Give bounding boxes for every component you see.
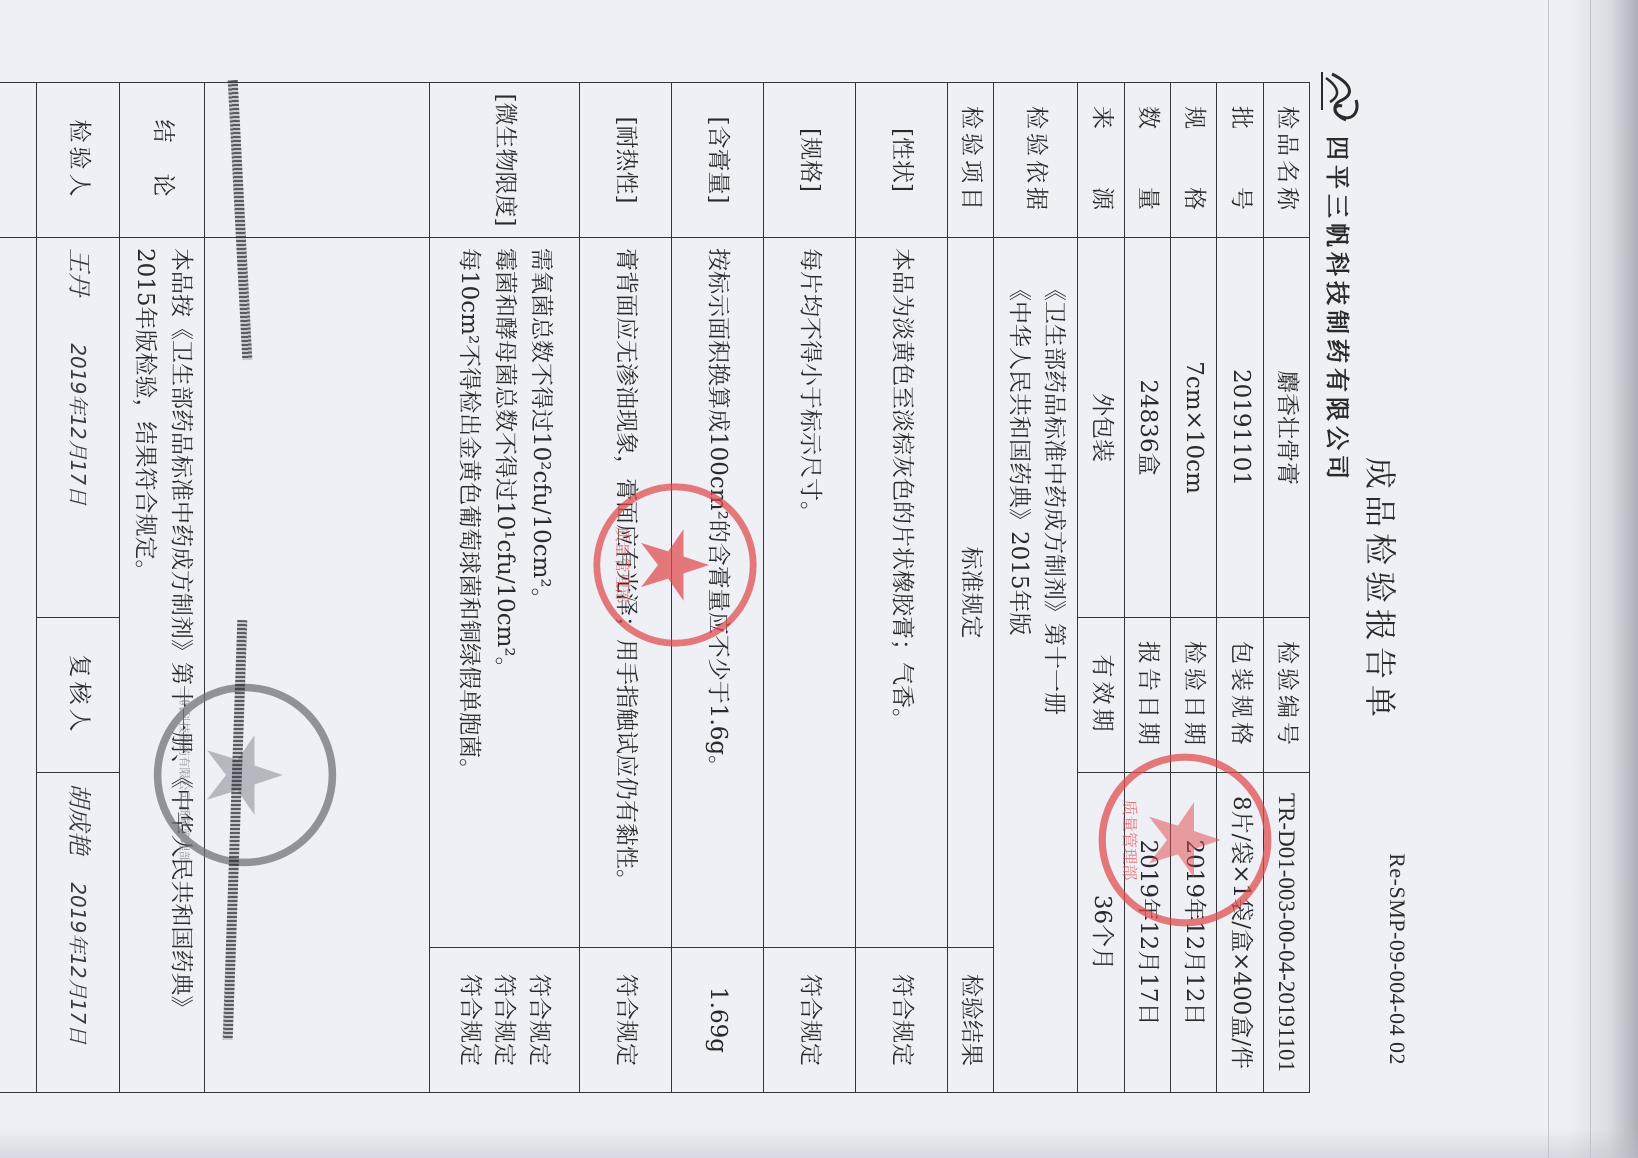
scan-artifact bbox=[1548, 0, 1549, 1158]
header-test-item: 检验项目 bbox=[947, 83, 993, 238]
result-line: 符合规定 bbox=[487, 958, 522, 1082]
quantity-label: 数 量 bbox=[1124, 83, 1170, 238]
batch-label: 批 号 bbox=[1217, 83, 1263, 238]
test-row: [微生物限度] 需氧菌总数不得过10²cfu/10cm²。 霉菌和酵母菌总数不得… bbox=[429, 83, 579, 1093]
standard-line: 膏背面应无渗油现象，膏面应有光泽；用手指触试应仍有黏性。 bbox=[607, 248, 643, 937]
result-line: 符合规定 bbox=[452, 958, 487, 1082]
validity-label: 有效期 bbox=[1078, 618, 1124, 773]
test-result: 1.69g bbox=[671, 948, 763, 1093]
source-label: 来 源 bbox=[1078, 83, 1124, 238]
qc-signature: 孙胜利 2019年12月17日 bbox=[0, 238, 37, 1093]
company-name: 四平三帆科技制药有限公司 bbox=[1323, 136, 1358, 484]
company-logo-icon bbox=[1318, 70, 1362, 126]
inspection-no-label: 检验编号 bbox=[1263, 618, 1309, 773]
row-conclusion: 结 论 本品按《卫生部药品标准中药成方制剂》第十一册、《中华人民共和国药典》 2… bbox=[120, 83, 204, 1093]
inspection-table: 检品名称 麝香壮骨膏 检验编号 TR-D01-003-00-04-2019110… bbox=[0, 82, 1310, 1093]
conclusion-label: 结 论 bbox=[120, 83, 204, 238]
row-qc: QC主管 孙胜利 2019年12月17日 bbox=[0, 83, 37, 1093]
reviewer-name: 胡成艳 bbox=[65, 783, 93, 855]
test-row: [性状] 本品为淡黄色至淡棕灰色的片状橡胶膏；气香。 符合规定 bbox=[855, 83, 947, 1093]
basis-line: 《中华人民共和国药典》2015年版 bbox=[1000, 278, 1036, 1082]
qc-label: QC主管 bbox=[0, 83, 37, 238]
inspector-label: 检验人 bbox=[37, 83, 120, 238]
test-result: 符合规定 符合规定 符合规定 bbox=[429, 948, 579, 1093]
report-title: 成品检验报告单 bbox=[1359, 60, 1405, 1120]
result-line: 符合规定 bbox=[521, 958, 556, 1082]
test-result: 符合规定 bbox=[855, 948, 947, 1093]
basis-value: 《卫生部药品标准中药成方制剂》第十一册 《中华人民共和国药典》2015年版 bbox=[994, 238, 1078, 1093]
inspector-name: 王丹 bbox=[65, 248, 93, 296]
company-header: 四平三帆科技制药有限公司 bbox=[1318, 70, 1362, 484]
row-blank bbox=[204, 83, 429, 1093]
report-date-value: 2019年12月17日 bbox=[1124, 773, 1170, 1093]
package-spec-value: 8片/袋×1袋/盒×400盒/件 bbox=[1217, 773, 1263, 1093]
spec-value: 7cm×10cm bbox=[1170, 238, 1216, 618]
standard-line: 按标示面积换算成100cm²的含膏量应不少于1.6g。 bbox=[699, 248, 735, 937]
header-result: 检验结果 bbox=[947, 948, 993, 1093]
row-spec: 规 格 7cm×10cm 检验日期 2019年12月12日 bbox=[1170, 83, 1216, 1093]
standard-line: 每片均不得小于标示尺寸。 bbox=[791, 248, 827, 937]
product-name-label: 检品名称 bbox=[1263, 83, 1309, 238]
basis-line: 《卫生部药品标准中药成方制剂》第十一册 bbox=[1036, 278, 1072, 1082]
row-product-name: 检品名称 麝香壮骨膏 检验编号 TR-D01-003-00-04-2019110… bbox=[1263, 83, 1309, 1093]
test-standard: 按标示面积换算成100cm²的含膏量应不少于1.6g。 bbox=[671, 238, 763, 948]
row-batch: 批 号 20191101 包装规格 8片/袋×1袋/盒×400盒/件 bbox=[1217, 83, 1263, 1093]
validity-value: 36个月 bbox=[1078, 773, 1124, 1093]
standard-line: 霉菌和酵母菌总数不得过10¹cfu/10cm²。 bbox=[486, 248, 522, 937]
test-row: [含膏量] 按标示面积换算成100cm²的含膏量应不少于1.6g。 1.69g bbox=[671, 83, 763, 1093]
spec-label: 规 格 bbox=[1170, 83, 1216, 238]
scan-shadow-right bbox=[1568, 0, 1638, 1158]
blank-cell bbox=[204, 83, 429, 238]
reviewer-signature: 胡成艳 2019年12月17日 bbox=[37, 773, 120, 1093]
source-value: 外包装 bbox=[1078, 238, 1124, 618]
inspect-date-value: 2019年12月12日 bbox=[1170, 773, 1216, 1093]
report-page: Re-SMP-09-004-04 02 成品检验报告单 四平三帆科技制药有限公司… bbox=[40, 60, 1420, 1120]
conclusion-line: 2015年版检验，结果符合规定。 bbox=[126, 248, 162, 1082]
test-item: [微生物限度] bbox=[429, 83, 579, 238]
inspect-date-label: 检验日期 bbox=[1170, 618, 1216, 773]
scan-shadow-bottom bbox=[0, 1128, 1638, 1158]
report-date-label: 报告日期 bbox=[1124, 618, 1170, 773]
row-quantity: 数 量 24836盒 报告日期 2019年12月17日 bbox=[1124, 83, 1170, 1093]
test-item: [规格] bbox=[763, 83, 855, 238]
test-standard: 每片均不得小于标示尺寸。 bbox=[763, 238, 855, 948]
test-item: [性状] bbox=[855, 83, 947, 238]
test-item: [耐热性] bbox=[579, 83, 671, 238]
test-result: 符合规定 bbox=[579, 948, 671, 1093]
quantity-value: 24836盒 bbox=[1124, 238, 1170, 618]
blank-cell bbox=[204, 238, 429, 1093]
row-basis: 检验依据 《卫生部药品标准中药成方制剂》第十一册 《中华人民共和国药典》2015… bbox=[994, 83, 1078, 1093]
package-spec-label: 包装规格 bbox=[1217, 618, 1263, 773]
reviewer-label: 复核人 bbox=[37, 618, 120, 773]
conclusion-text: 本品按《卫生部药品标准中药成方制剂》第十一册、《中华人民共和国药典》 2015年… bbox=[120, 238, 204, 1093]
inspection-no-value: TR-D01-003-00-04-20191101 bbox=[1263, 773, 1309, 1093]
test-row: [耐热性] 膏背面应无渗油现象，膏面应有光泽；用手指触试应仍有黏性。 符合规定 bbox=[579, 83, 671, 1093]
conclusion-line: 本品按《卫生部药品标准中药成方制剂》第十一册、《中华人民共和国药典》 bbox=[162, 248, 198, 1082]
test-table-header: 检验项目 标准规定 检验结果 bbox=[947, 83, 993, 1093]
test-standard: 膏背面应无渗油现象，膏面应有光泽；用手指触试应仍有黏性。 bbox=[579, 238, 671, 948]
standard-line: 需氧菌总数不得过10²cfu/10cm²。 bbox=[522, 248, 558, 937]
row-signatures: 检验人 王丹 2019年12月17日 复核人 胡成艳 2019年12月17日 bbox=[37, 83, 120, 1093]
product-name-value: 麝香壮骨膏 bbox=[1263, 238, 1309, 618]
test-standard: 本品为淡黄色至淡棕灰色的片状橡胶膏；气香。 bbox=[855, 238, 947, 948]
basis-label: 检验依据 bbox=[994, 83, 1078, 238]
inspector-signature: 王丹 2019年12月17日 bbox=[37, 238, 120, 618]
inspector-date: 2019年12月17日 bbox=[66, 343, 90, 505]
row-source: 来 源 外包装 有效期 36个月 bbox=[1078, 83, 1124, 1093]
standard-line: 本品为淡黄色至淡棕灰色的片状橡胶膏；气香。 bbox=[883, 248, 919, 937]
test-result: 符合规定 bbox=[763, 948, 855, 1093]
reviewer-date: 2019年12月17日 bbox=[66, 882, 90, 1044]
test-row: [规格] 每片均不得小于标示尺寸。 符合规定 bbox=[763, 83, 855, 1093]
header-standard: 标准规定 bbox=[947, 238, 993, 948]
standard-line: 每10cm²不得检出金黄色葡萄球菌和铜绿假单胞菌。 bbox=[451, 248, 487, 937]
test-standard: 需氧菌总数不得过10²cfu/10cm²。 霉菌和酵母菌总数不得过10¹cfu/… bbox=[429, 238, 579, 948]
batch-value: 20191101 bbox=[1217, 238, 1263, 618]
test-item: [含膏量] bbox=[671, 83, 763, 238]
